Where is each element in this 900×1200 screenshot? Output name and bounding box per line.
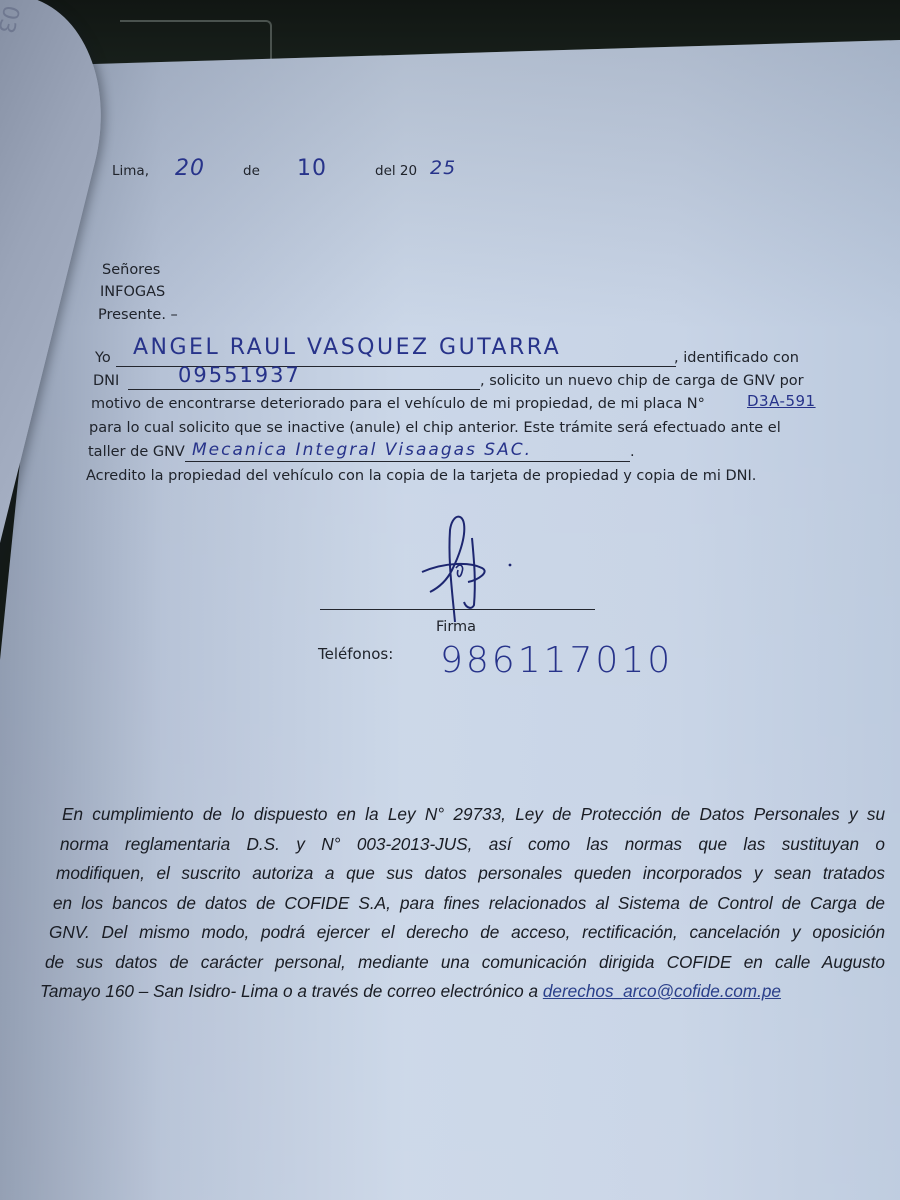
taller-underline: [185, 461, 630, 462]
privacy-last-text: Tamayo 160 – San Isidro- Lima o a través…: [40, 981, 543, 1001]
privacy-line: en los bancos de datos de COFIDE S.A, pa…: [40, 889, 885, 919]
dni-underline: [128, 389, 480, 390]
signature-line: [320, 609, 595, 610]
yo-label: Yo: [95, 350, 111, 366]
privacy-line: norma reglamentaria D.S. y N° 003-2013-J…: [40, 830, 885, 860]
date-day: 20: [175, 156, 205, 181]
page-number-mark: 03: [0, 3, 23, 36]
dni-field-value: 09551937: [178, 363, 301, 387]
phone-field-value: 986117010: [440, 640, 673, 681]
privacy-line: En cumplimiento de lo dispuesto en la Le…: [40, 800, 885, 830]
dni-label: DNI: [93, 373, 119, 389]
date-de-label: de: [243, 163, 260, 179]
body-line-3: motivo de encontrarse deteriorado para e…: [91, 396, 705, 412]
taller-end: .: [630, 444, 635, 460]
email-link[interactable]: derechos_arco@cofide.com.pe: [543, 981, 781, 1001]
taller-field-value: Mecanica Integral Visaagas SAC.: [192, 440, 532, 460]
date-year-prefix: del 20: [375, 163, 417, 179]
handwritten-signature: [400, 510, 530, 630]
addressee-line-2: INFOGAS: [100, 284, 165, 300]
body-line-4: para lo cual solicito que se inactive (a…: [89, 420, 781, 436]
privacy-notice: En cumplimiento de lo dispuesto en la Le…: [40, 800, 885, 1007]
plate-field-value: D3A-591: [747, 392, 816, 410]
privacy-line-last: Tamayo 160 – San Isidro- Lima o a través…: [40, 977, 885, 1007]
phones-label: Teléfonos:: [318, 645, 393, 663]
taller-label: taller de GNV: [88, 444, 185, 460]
city-label: Lima,: [112, 163, 149, 179]
signature-label: Firma: [436, 619, 476, 635]
addressee-line-3: Presente. –: [98, 307, 178, 323]
date-year-suffix: 25: [430, 157, 456, 179]
addressee-line-1: Señores: [102, 262, 160, 278]
body-line-6: Acredito la propiedad del vehículo con l…: [86, 468, 756, 484]
name-field-value: ANGEL RAUL VASQUEZ GUTARRA: [133, 335, 561, 360]
request-text: , solicito un nuevo chip de carga de GNV…: [480, 373, 804, 389]
privacy-line: GNV. Del mismo modo, podrá ejercer el de…: [40, 918, 885, 948]
background-object-edge: [120, 20, 272, 62]
identificado-text: , identificado con: [674, 350, 799, 366]
privacy-line: de sus datos de carácter personal, media…: [40, 948, 885, 978]
privacy-line: modifiquen, el suscrito autoriza a que s…: [40, 859, 885, 889]
date-month: 10: [297, 156, 327, 181]
